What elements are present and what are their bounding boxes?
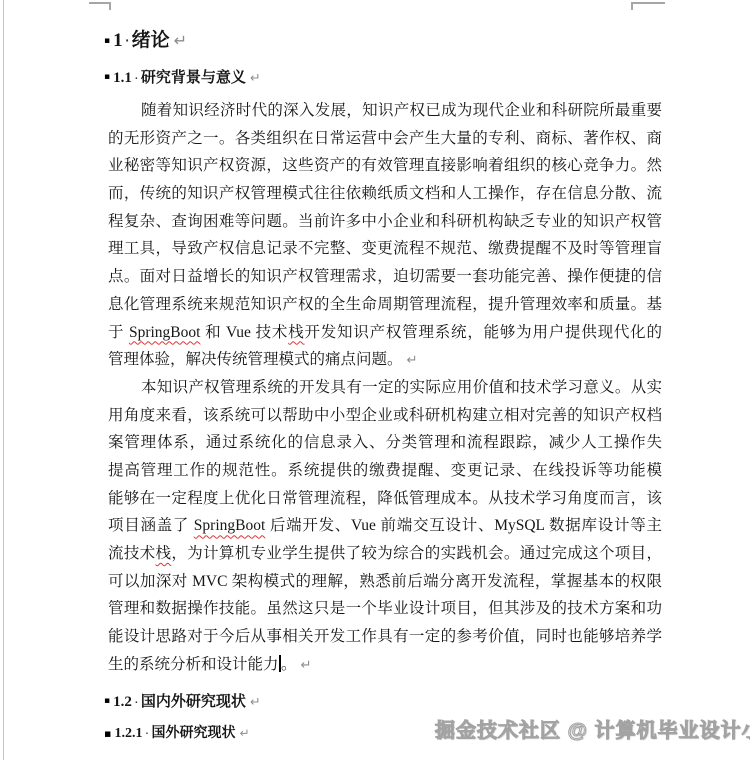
body-line[interactable]: 用角度来看，该系统可以帮助中小型企业或科研机构建立相对完善的知识产权档 (108, 402, 662, 430)
heading-1-1[interactable]: ▪1.1·研究背景与意义↵ (104, 66, 261, 87)
text-boundary-mark-right (631, 2, 665, 10)
heading-title: 绪论 (132, 30, 170, 51)
heading-1-2-1[interactable]: ▪1.2.1·国外研究现状↵ (104, 722, 249, 742)
heading-1-2[interactable]: ▪1.2·国内外研究现状↵ (104, 690, 261, 711)
latin-text: SpringBoot (194, 517, 265, 534)
body-line[interactable]: 能够在一定程度上优化日常管理流程，降低管理成本。从技术学习角度而言，该 (108, 485, 662, 513)
heading-bullet-icon: ▪ (104, 727, 111, 740)
heading-number: 1.2.1 (114, 726, 142, 741)
paragraph-mark-icon: ↵ (407, 353, 418, 368)
body-line[interactable]: 的无形资产之一。各类组织在日常运营中会产生大量的专利、商标、著作权、商 (108, 125, 662, 153)
body-line[interactable]: 而，传统的知识产权管理模式往往依赖纸质文档和人工操作，存在信息分散、流 (108, 180, 662, 208)
body-line[interactable]: 业秘密等知识产权资源，这些资产的有效管理直接影响着组织的核心竞争力。然 (108, 152, 662, 180)
latin-text: MVC (192, 573, 227, 590)
paragraph-mark-icon: ↵ (174, 31, 188, 50)
space-mark: · (132, 693, 141, 710)
heading-bullet-icon: ▪ (104, 36, 110, 46)
heading-title: 研究背景与意义 (141, 69, 246, 86)
page-left-border (3, 0, 4, 760)
latin-text: MySQL (494, 517, 544, 534)
body-line[interactable]: 项目涵盖了 SpringBoot 后端开发、Vue 前端交互设计、MySQL 数… (108, 512, 662, 540)
paragraph-mark-icon: ↵ (250, 695, 261, 710)
watermark: 掘金技术社区 @ 计算机毕业设计小途 (435, 714, 750, 743)
body-line[interactable]: 息化管理系统来规范知识产权的全生命周期管理流程，提升管理效率和质量。基 (108, 291, 662, 319)
heading-title: 国外研究现状 (151, 724, 235, 740)
heading-number: 1.1 (113, 70, 132, 86)
body-text-area[interactable]: 随着知识经济时代的深入发展，知识产权已成为现代企业和科研院所最重要的无形资产之一… (108, 97, 662, 678)
body-line[interactable]: 管理体验，解决传统管理模式的痛点问题。↵ (108, 346, 662, 374)
heading-title: 国内外研究现状 (141, 693, 246, 710)
body-line[interactable]: 管理和数据操作技能。虽然这只是一个毕业设计项目，但其涉及的技术方案和功 (108, 595, 662, 623)
latin-text: Vue (226, 324, 251, 341)
heading-chapter-1[interactable]: ▪1·绪论↵ (104, 25, 187, 52)
document-page: ▪1·绪论↵ ▪1.1·研究背景与意义↵ 随着知识经济时代的深入发展，知识产权已… (0, 0, 750, 760)
body-line[interactable]: 随着知识经济时代的深入发展，知识产权已成为现代企业和科研院所最重要 (108, 97, 662, 125)
body-line[interactable]: 本知识产权管理系统的开发具有一定的实际应用价值和技术学习意义。从实 (108, 374, 662, 402)
body-line[interactable]: 点。面对日益增长的知识产权管理需求，迫切需要一套功能完善、操作便捷的信 (108, 263, 662, 291)
heading-number: 1.2 (113, 694, 132, 710)
body-line[interactable]: 生的系统分析和设计能力。↵ (108, 651, 662, 679)
paragraph-mark-icon: ↵ (301, 658, 312, 673)
body-line[interactable]: 提高管理工作的规范性。系统提供的缴费提醒、变更记录、在线投诉等功能模块， (108, 457, 662, 485)
heading-bullet-icon: ▪ (104, 72, 110, 82)
misspelled-text: 栈 (288, 324, 304, 341)
heading-bullet-icon: ▪ (104, 696, 110, 706)
paragraph-mark-icon: ↵ (239, 726, 249, 740)
paragraph-mark-icon: ↵ (250, 71, 261, 86)
misspelled-text: 栈 (156, 545, 172, 562)
latin-text: Vue (351, 517, 376, 534)
body-line[interactable]: 流技术栈，为计算机专业学生提供了较为综合的实践机会。通过完成这个项目， (108, 540, 662, 568)
body-line[interactable]: 程复杂、查询困难等问题。当前许多中小企业和科研机构缺乏专业的知识产权管 (108, 208, 662, 236)
misspelled-text: SpringBoot (129, 324, 200, 341)
body-line[interactable]: 能设计思路对于今后从事相关开发工作具有一定的参考价值，同时也能够培养学 (108, 623, 662, 651)
body-line[interactable]: 案管理体系，通过系统化的信息录入、分类管理和流程跟踪，减少人工操作失误， (108, 429, 662, 457)
latin-text: SpringBoot (129, 324, 200, 341)
text-boundary-mark-left (89, 2, 111, 10)
body-line[interactable]: 于 SpringBoot 和 Vue 技术栈开发知识产权管理系统，能够为用户提供… (108, 319, 662, 347)
body-line[interactable]: 可以加深对 MVC 架构模式的理解，熟悉前后端分离开发流程，掌握基本的权限 (108, 568, 662, 596)
heading-number: 1 (113, 30, 123, 51)
misspelled-text: SpringBoot (194, 517, 265, 534)
body-line[interactable]: 理工具，导致产权信息记录不完整、变更流程不规范、缴费提醒不及时等管理盲 (108, 235, 662, 263)
space-mark: · (123, 30, 132, 52)
text-cursor (279, 655, 281, 672)
space-mark: · (132, 69, 141, 86)
